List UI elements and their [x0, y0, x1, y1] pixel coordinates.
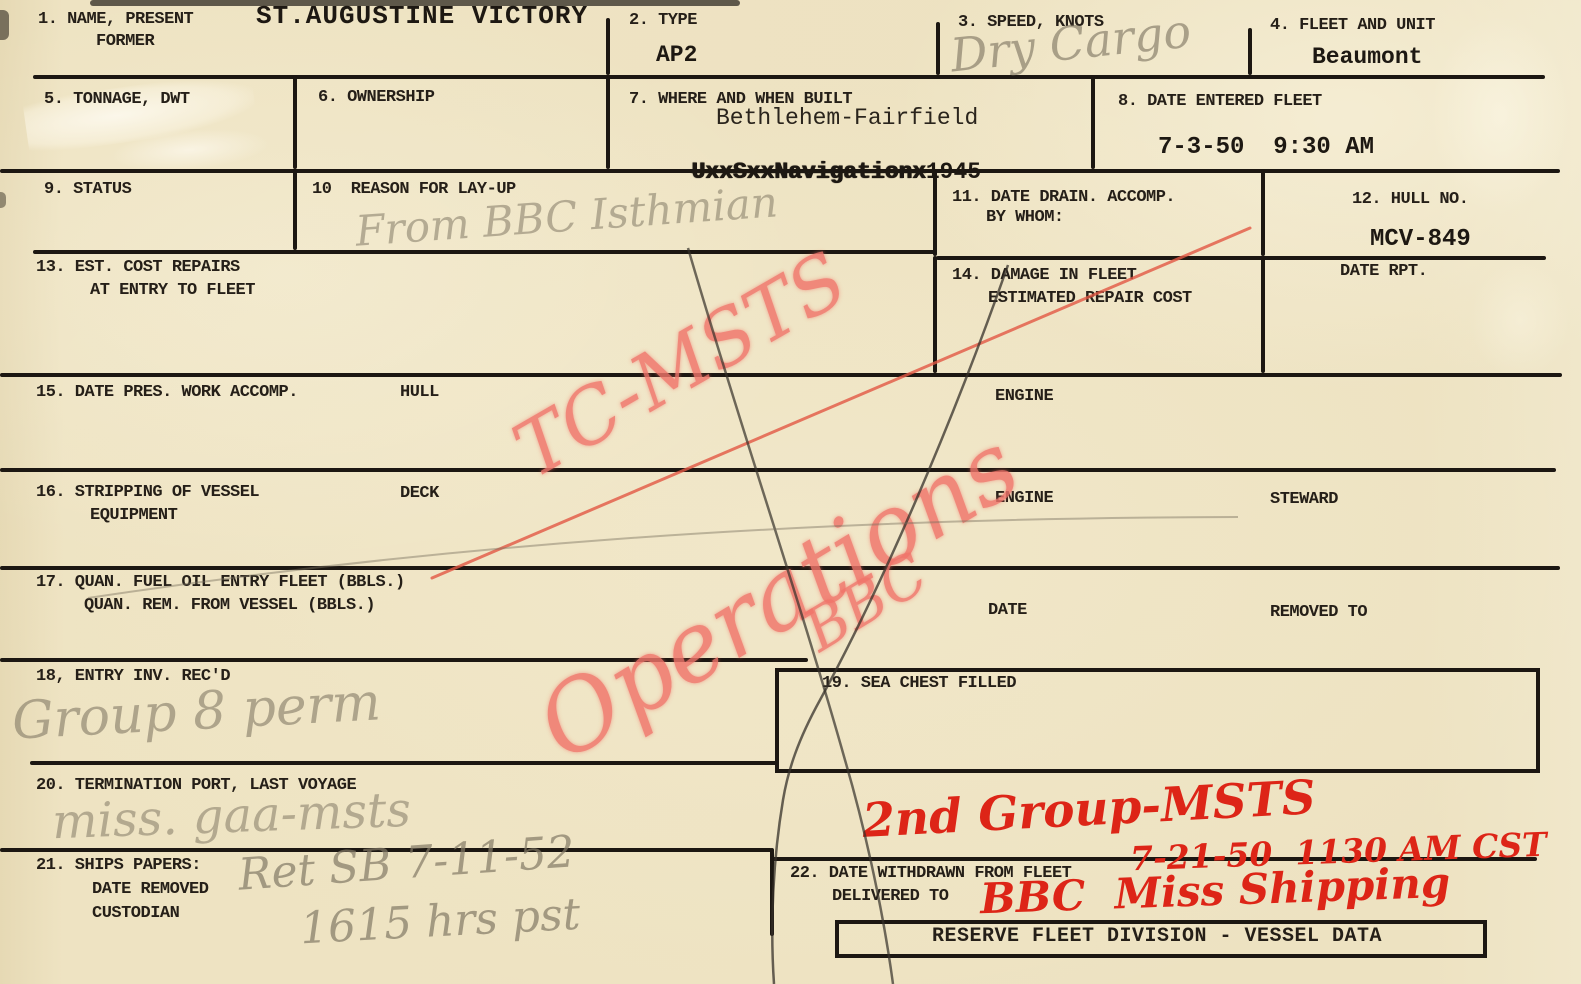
field14-label: 14. DAMAGE IN FLEET [952, 266, 1136, 286]
date-entered-value: 7-3-50 9:30 AM [1158, 134, 1374, 162]
builder-value: Bethlehem-Fairfield [716, 105, 978, 131]
field17-label2: QUAN. REM. FROM VESSEL (BBLS.) [84, 596, 375, 616]
field16-steward-label: STEWARD [1270, 490, 1338, 510]
field16-label: 16. STRIPPING OF VESSEL [36, 483, 259, 503]
grid-line-h3b [936, 256, 1546, 260]
field16-label2: EQUIPMENT [90, 506, 177, 526]
grid-line-v11-12 [1261, 169, 1265, 256]
date-rpt-label: DATE RPT. [1340, 262, 1427, 282]
grid-line-h1 [33, 75, 1545, 79]
field15-hull-label: HULL [400, 383, 439, 403]
field17-removed-to-label: REMOVED TO [1270, 603, 1367, 623]
field1-label: 1. NAME, PRESENT [38, 10, 193, 30]
field2-label: 2. TYPE [629, 11, 697, 31]
grid-line-v7-8 [1091, 75, 1095, 169]
grid-line-h5 [0, 468, 1556, 472]
field11-label2: BY WHOM: [986, 208, 1064, 228]
grid-line-h8 [30, 761, 778, 765]
grid-line-v6-7 [606, 75, 610, 169]
built-year: 1945 [926, 159, 981, 185]
field15-label: 15. DATE PRES. WORK ACCOMP. [36, 383, 298, 403]
vessel-name-value: ST.AUGUSTINE VICTORY [256, 2, 588, 32]
field12-label: 12. HULL NO. [1352, 190, 1468, 210]
field11-label: 11. DATE DRAIN. ACCOMP. [952, 188, 1175, 208]
grid-line-v14-rpt [1261, 256, 1265, 373]
grid-line-v1-2 [606, 18, 610, 75]
paper-crease-spot [1430, 15, 1570, 215]
field16-deck-label: DECK [400, 484, 439, 504]
field17-label: 17. QUAN. FUEL OIL ENTRY FLEET (BBLS.) [36, 573, 405, 593]
field13-label2: AT ENTRY TO FLEET [90, 281, 255, 301]
ships-papers-handwriting-2: 1615 hrs pst [299, 889, 582, 955]
grid-line-v5-6 [293, 75, 297, 169]
field14-label2: ESTIMATED REPAIR COST [988, 289, 1192, 309]
footer-title: RESERVE FLEET DIVISION - VESSEL DATA [835, 925, 1479, 948]
field4-label: 4. FLEET AND UNIT [1270, 16, 1435, 36]
termination-port-handwriting: miss. gaa-msts [51, 782, 412, 850]
edge-speck [0, 10, 9, 40]
grid-line-v2-3 [936, 22, 940, 75]
field21-label: 21. SHIPS PAPERS: [36, 856, 201, 876]
field6-label: 6. OWNERSHIP [318, 88, 434, 108]
grid-line-v21-22 [770, 848, 774, 936]
field9-label: 9. STATUS [44, 180, 131, 200]
field5-label: 5. TONNAGE, DWT [44, 90, 190, 110]
paper-crease-spot-2 [1470, 260, 1570, 380]
field21-label3: CUSTODIAN [92, 904, 179, 924]
vessel-data-card: 1. NAME, PRESENT FORMER ST.AUGUSTINE VIC… [0, 0, 1581, 984]
hull-no-value: MCV-849 [1370, 226, 1471, 254]
field8-label: 8. DATE ENTERED FLEET [1118, 92, 1322, 112]
field21-label2: DATE REMOVED [92, 880, 208, 900]
edge-speck-2 [0, 192, 6, 208]
field17-date-label: DATE [988, 601, 1027, 621]
grid-line-h4 [0, 373, 1562, 377]
field19-label: 19. SEA CHEST FILLED [822, 674, 1016, 694]
field13-label: 13. EST. COST REPAIRS [36, 258, 240, 278]
grid-line-v13-14 [933, 256, 937, 373]
paper-tear-stain [22, 69, 257, 155]
type-value: AP2 [656, 42, 697, 68]
field1-former-label: FORMER [96, 32, 154, 52]
grid-line-v9-10 [293, 169, 297, 250]
fleet-unit-value: Beaumont [1312, 44, 1422, 70]
field22-label2: DELIVERED TO [832, 887, 948, 907]
grid-line-v3-4 [1248, 28, 1252, 75]
